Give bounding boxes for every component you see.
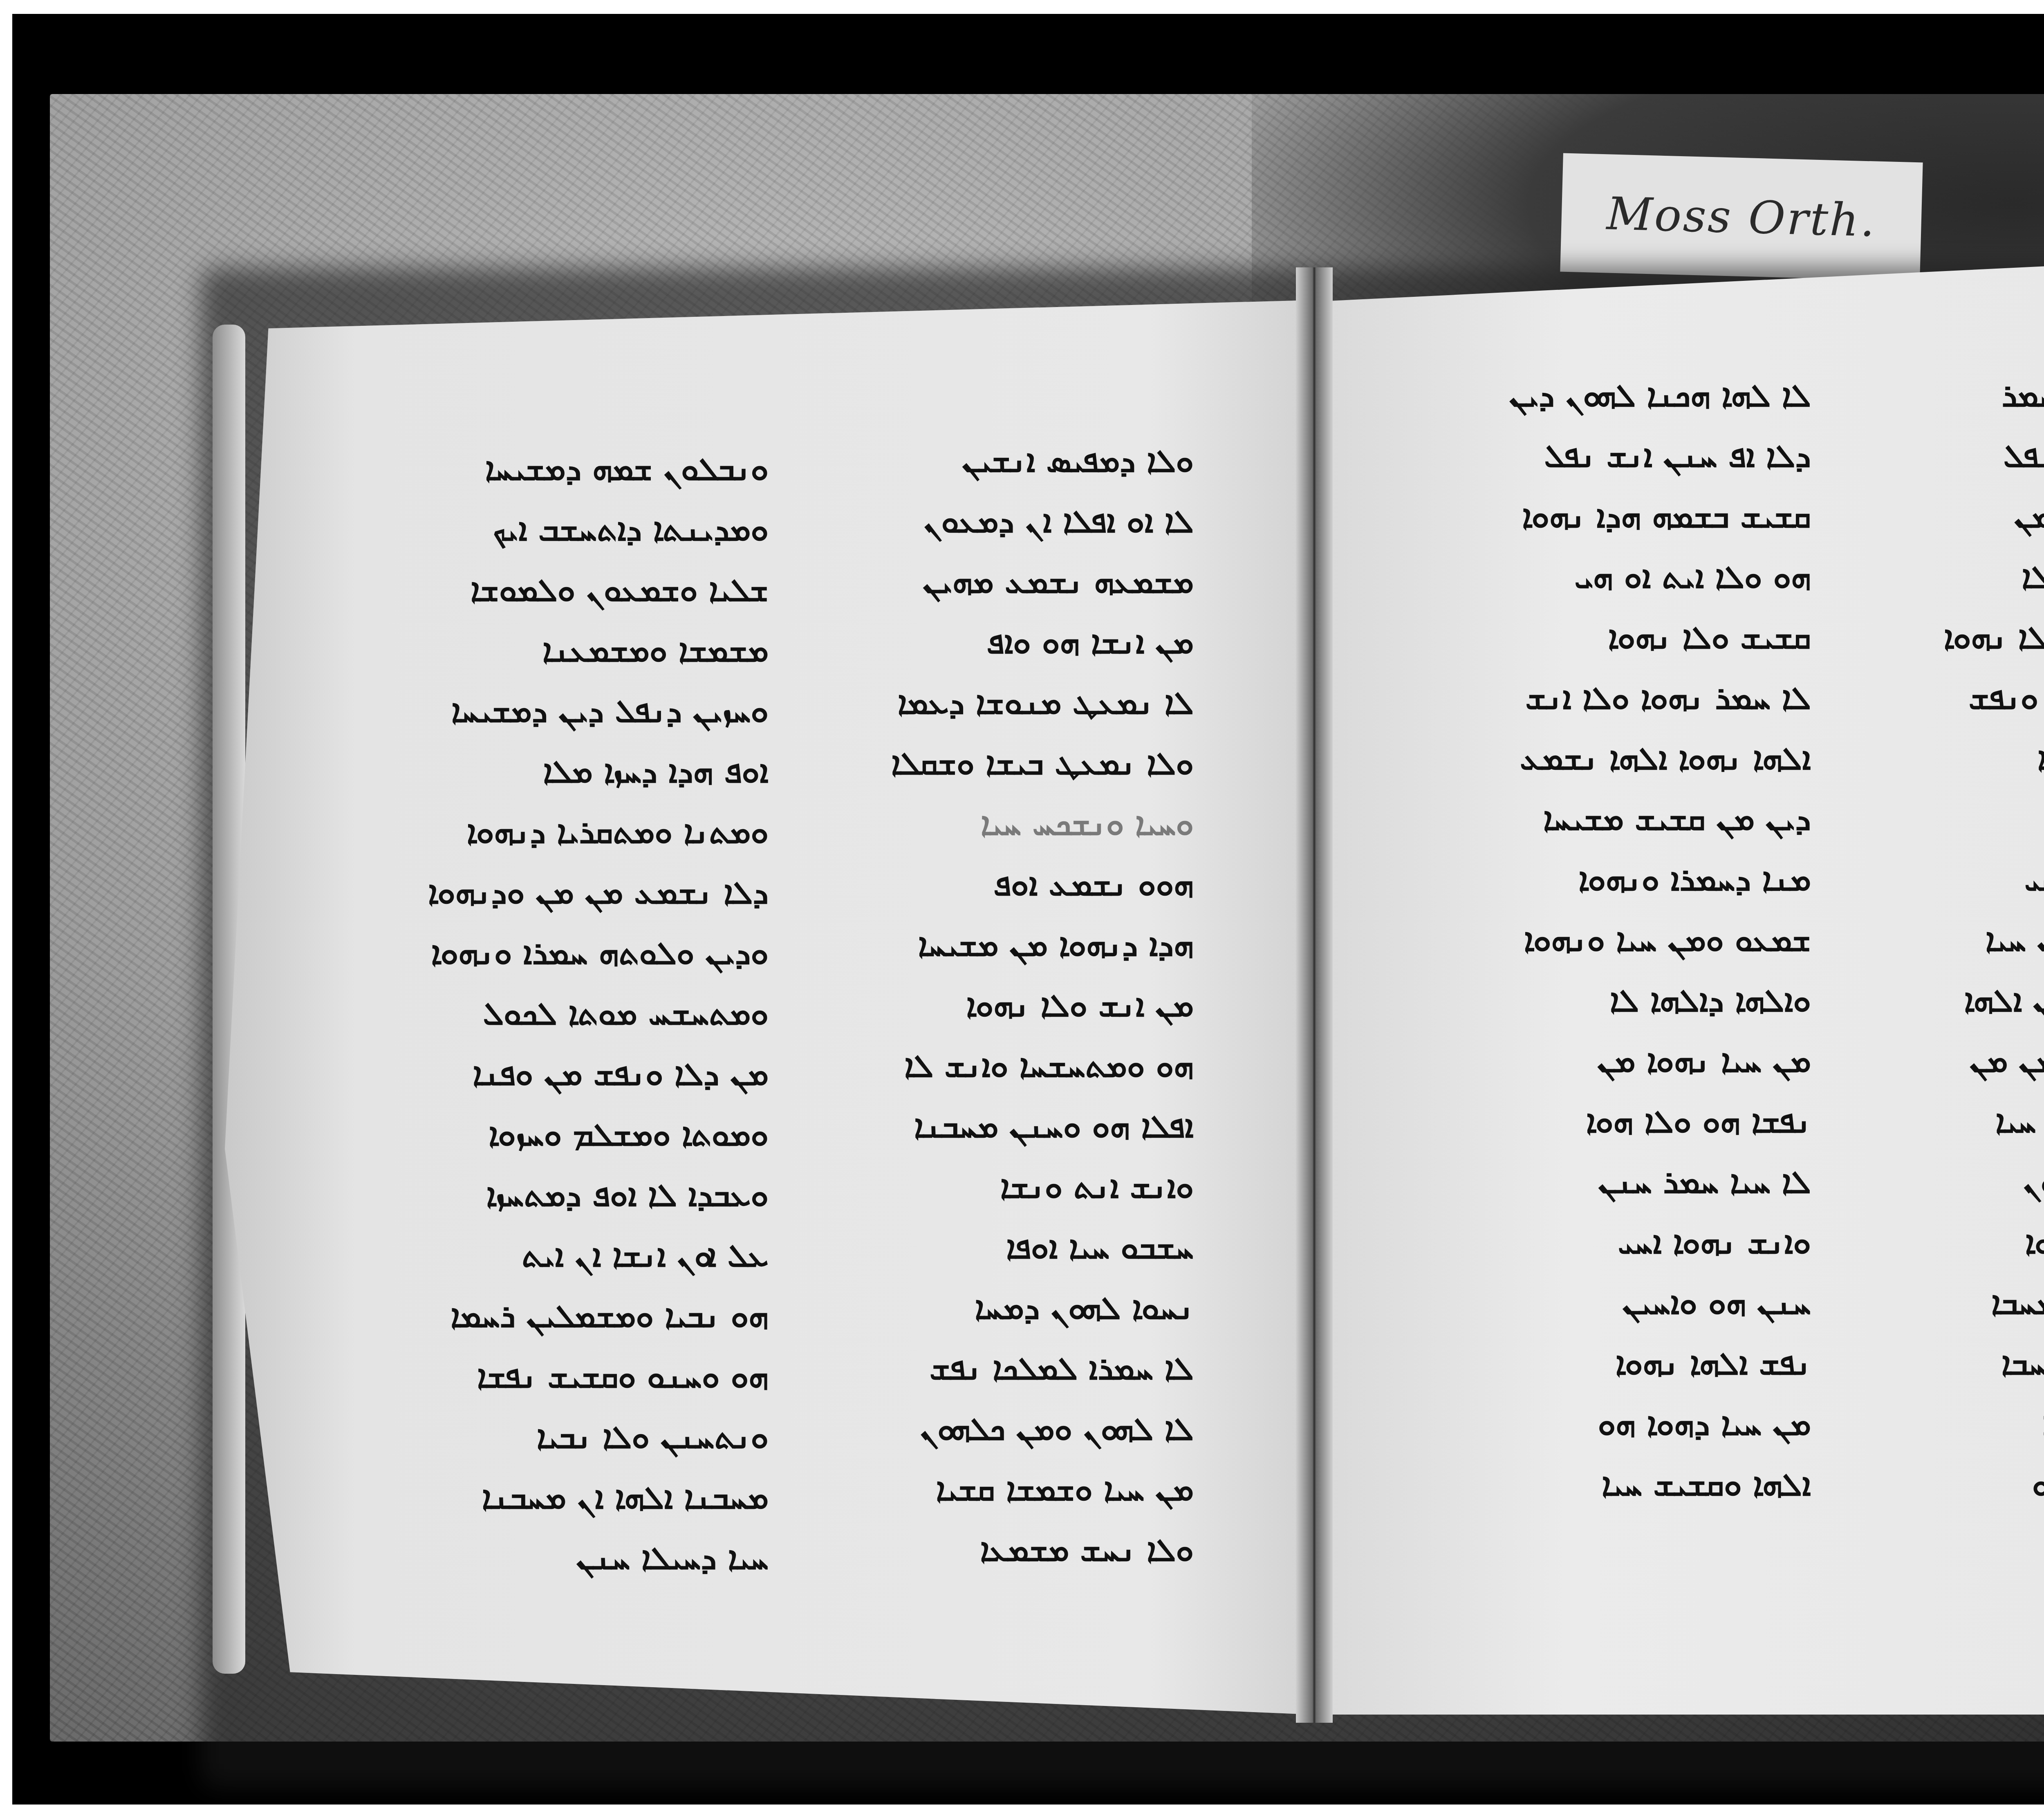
text-line: ܡܫܝܚܐ ܩܫܝܫ ܢܦܠ [2004, 438, 2044, 475]
text-line: ܠܐ ܠܗܐ ܗܟܢܐ ܠܗܘܢ ܕܝܢ [1509, 377, 1811, 415]
text-line: ܡܫܡܫܐ ܘܡܫܡܥܢܐ [542, 632, 769, 670]
text-line: ܡܚܒܢܐ ܐܢܫ ܡܢ ܚܝܐ [1986, 922, 2044, 959]
text-line: ܘܡܬܚܫܚ ܡܘܬܐ ܠܟܘܠ [483, 995, 769, 1033]
text-line: ܘܢܗܘܐ ܘܡܫܝܚܐ [2037, 740, 2044, 778]
text-line: ܘܡܘܬܐ ܘܡܫܠܡ ܘܚܙܘܐ [489, 1116, 769, 1154]
manuscript-book: ܘܢܒܠܘܢ ܫܡܗ ܕܡܫܝܚܐ ܘܡܕܝܢܬܐ ܕܐܬܚܫܒ ܐܝܟ ܫܠܝ… [225, 243, 2044, 1739]
text-line: ܘܢܒܠܘܢ ܫܡܗ ܕܡܫܝܚܐ [485, 451, 769, 488]
text-line: ܗܕܐ ܕܢܗܘܐ ܡܢ ܡܫܝܚܐ [918, 927, 1194, 964]
text-line: ܚܝܐ ܕܚܝܠܐ ܚܢܢ [576, 1540, 769, 1577]
text-line: ܡܢ ܚܝܐ ܢܗܘܐ ܡܢ [1598, 1043, 1811, 1080]
text-line: ܡܚܒܢܐ ܡܢ ܚܝܐ [2042, 1406, 2044, 1443]
text-line: ܗܘ ܢܒܝܐ ܘܡܫܡܠܝܢ ܪܚܡܐ [450, 1298, 769, 1335]
text-line: ܢܦܫ ܐܠܗܐ ܢܗܘܐ [1616, 1345, 1811, 1383]
text-line: ܗܘ ܘܡܬܚܫܚܐ ܘܐܢܫ ܠܐ [904, 1048, 1194, 1085]
text-line: ܗܘܘ ܢܫܡܥ ܐܘܦ [993, 866, 1194, 903]
text-line: ܐܢܫܐ ܡܚܒܢܐ ܡܚܒܐ [2001, 1345, 2044, 1383]
text-line: ܘܠܐ ܢܚܫ ܡܫܡܥܐ [980, 1532, 1194, 1569]
text-line: ܚܝܐ ܐܢܫ ܡܢ ܗܘ [2032, 1466, 2044, 1504]
text-line: ܢܦܫܐ ܗܘ ܘܠܐ ܗܘܐ [1586, 1103, 1811, 1141]
text-line: ܚܢܢ ܗܘ ܘܐܚܝܢ [1623, 1285, 1811, 1322]
text-line: ܢܚܘܐ ܠܗܘܢ ܕܡܚܐ [975, 1290, 1194, 1327]
text-line: ܡܫܡܥܗ ܢܫܡܥ ܡܗܝܢ [923, 564, 1194, 601]
text-line: ܩܫܝܫ ܘܠܐ ܢܗܘܐ [1608, 619, 1811, 657]
text-line: ܐܠܗܐ ܘܩܫܝܫ ܚܝܐ [1602, 1466, 1811, 1504]
text-line: ܠܐ ܠܗܘܢ ܘܡܢ ܟܠܗܘܢ [920, 1411, 1194, 1448]
text-line: ܫܡܥܘ ܘܡܢ ܚܝܐ ܘܢܗܘܐ [1524, 922, 1811, 959]
text-line: ܘܕܝܢ ܘܠܘܬܗ ܚܡܪܐ ܘܢܗܘܐ [431, 935, 769, 972]
text-line: ܘܠܐ ܢܡܥܛ ܒܝܫܐ ܘܫܩܠܐ [891, 745, 1194, 782]
text-line: ܘܡܕܝܢܬܐ ܕܐܬܚܫܒ ܐܝܟ [493, 511, 769, 549]
text-line: ܡܢܐ ܕܚܡܪܐ ܘܢܗܘܐ [1578, 861, 1811, 899]
text-line: ܕܝܢ ܡܢ ܩܫܝܫ ܡܫܝܚܐ [1543, 801, 1811, 838]
photo-frame: Purpose of Arrival in Period to be spent… [12, 14, 2044, 1805]
text-line: ܠܐ ܚܡܪܐ ܠܡܠܟܐ ܢܦܫ [930, 1350, 1194, 1388]
text-line: ܐܠܗܐ ܘܗܘ ܘܐܦܠܐ [2022, 559, 2044, 596]
text-line: ܕܠܐ ܐܦ ܚܢܢ ܐܢܫ ܢܦܠ [1544, 438, 1811, 475]
text-line: ܘܐܠܗܐ ܕܐܠܗܐ ܠܐ [1610, 982, 1811, 1020]
left-page-inner-column: ܘܠܐ ܕܡܦܝܣ ܐܢܫܝܢ ܠܐ ܐܘ ܐܦܠܐ ܐܢ ܕܡܥܘܢ ܡܫܡܥ… [826, 431, 1194, 1580]
text-line: ܕܠܐ ܢܫܡܥ ܡܢ ܡܢ ܘܕܢܗܘܐ [428, 874, 769, 912]
text-line: ܡܚܒܢܐ ܐܠܗܐ ܐܢ ܡܚܒܢܐ [482, 1480, 769, 1517]
text-line: ܘܚܙܝܢ ܕܢܦܠ ܕܝܢ ܕܡܫܝܚܐ [451, 693, 769, 730]
text-line: ܡܢܐ ܗܟܢܐ ܠܗܘܢ [2023, 1164, 2044, 1201]
text-line: ܚܫܒܘ ܚܝܐ ܐܘܦܐ [1006, 1229, 1194, 1267]
text-line: ܘܐܢܫ ܡܚܒܢܐ ܡܚܒܐ [1991, 1285, 2044, 1322]
text-line: ܘܡܬܢܐ ܘܡܬܩܪܝܐ ܕܢܗܘܐ [467, 814, 769, 851]
text-line: ܡܢ ܚܝܐ ܕܗܘܐ ܗܘ [1598, 1406, 1811, 1443]
text-line: ܘܐܢܫ ܢܗܘܐ ܐܚܝ [1618, 1224, 1811, 1262]
text-line: ܘܐܦ ܚܢܢ ܡܚܢܢ ܐܠܗܐ [1964, 982, 2044, 1020]
text-line: ܠܐ ܚܝܐ ܚܡܪ ܚܢܢ [1598, 1164, 1811, 1201]
text-line: ܐܠܗܐ ܢܗܘܐ ܐܠܗܐ ܢܫܡܥ [1520, 740, 1811, 778]
text-line: ܠܐ ܚܡܪ ܢܗܘܐ ܘܠܐ ܐܢܫ [1526, 680, 1811, 717]
text-line: ܥܠ ܐܘܢ ܐܢܫܐ ܐܢ ܐܝܬ [522, 1237, 769, 1275]
right-page-inner-column: ܠܐ ܠܗܐ ܗܟܢܐ ܠܗܘܢ ܕܝܢ ܕܠܐ ܐܦ ܚܢܢ ܐܢܫ ܢܦܠ … [1402, 365, 1811, 1515]
text-line: ܡܢ ܕܠܐ ܘܢܦܫ ܡܢ ܘܦܢܐ [473, 1056, 769, 1093]
text-line: ܡܢ ܐܢܫܐ ܗܘ ܘܐܦ [987, 624, 1194, 661]
book-gutter [1296, 267, 1333, 1723]
text-line: ܘܢܬܚܢܢ ܘܠܐ ܢܒܝܐ [537, 1419, 769, 1456]
text-line: ܩܫܝܫ ܒܫܡܗ ܗܕܐ ܢܗܘܐ [1522, 498, 1811, 536]
text-line: ܠܐ ܢܡܥܛ ܡܢܘܫܐ ܕܥܡܐ [898, 685, 1194, 722]
text-line: ܗܘ ܘܠܐ ܐܝܬ ܐܘ ܗܝ [1575, 559, 1811, 596]
text-line: ܫܠܝܐ ܘܫܡܥܘܢ ܘܠܡܘܫܐ [471, 572, 769, 609]
text-line: ܡܢ ܚܝܘ ܐܢܐ ܕܚܡܪ [2001, 377, 2044, 415]
text-line: ܐܦܠܐ ܗܘ ܘܚܢܢ ܡܚܒܢܐ [914, 1108, 1194, 1145]
text-line: ܘܠܐ ܕܡܦܝܣ ܐܢܫܝܢ [962, 443, 1194, 480]
text-line: ܡܢ ܚܝܐ ܘܫܡܫܐ ܩܫܝܐ [936, 1471, 1194, 1509]
left-page-outer-column: ܘܢܒܠܘܢ ܫܡܗ ܕܡܫܝܚܐ ܘܡܕܝܢܬܐ ܕܐܬܚܫܒ ܐܝܟ ܫܠܝ… [401, 439, 769, 1589]
text-line: ܡܚܢܢ ܐܢܫ ܡܢ ܚܝܐ [1995, 1103, 2044, 1141]
text-line: ܗܘ ܘܚܢܘ ܘܩܫܝܫ ܢܦܫܐ [477, 1358, 769, 1396]
right-page-outer-column: ܡܢ ܚܝܘ ܐܢܐ ܕܚܡܪ ܡܫܝܚܐ ܩܫܝܫ ܢܦܠ ܗܕܐ ܢܗܘܐ … [1836, 365, 2044, 1515]
label-card-text: Moss Orth. [1606, 187, 1877, 247]
text-line: ܡܢ ܐܢܫ ܘܠܐ ܢܗܘܐ [966, 987, 1194, 1024]
text-line: ܫܡܝܐ ܡܚܒܢܐ ܚܝ [2024, 861, 2044, 899]
text-line: ܐܦܠܐ ܐܘ ܐܠܗܐ ܡܢ ܡܢ [1970, 1043, 2044, 1080]
text-line: ܡܢ ܗܟܢܐ ܕܢܗܘܐ [2025, 1224, 2044, 1262]
text-line: ܚܢܢ ܡܢ ܗܘ ܘܠܐ ܢܗܘܐ [1944, 619, 2044, 657]
text-line: ܐܘܦ ܗܕܐ ܕܚܙܐ ܡܠܐ [543, 753, 769, 791]
text-line: ܐܠܗܐ ܡܫܡܠܝܢ ܘܢܦܫ [1969, 680, 2044, 717]
text-line: ܘܥܒܕܐ ܠܐ ܐܘܦ ܕܡܬܚܙܐ [486, 1177, 769, 1214]
text-line: ܠܐ ܐܘ ܐܦܠܐ ܐܢ ܕܡܥܘܢ [924, 503, 1194, 540]
text-line: ܗܕܐ ܢܗܘܐ ܐܝܟ ܡܢ [2014, 498, 2044, 536]
text-line: ܘܐܢܫ ܐܢܬ ܘܢܫܐ [1000, 1169, 1194, 1206]
rubric-line: ܘܚܝܐ ܘܢܫܟܚ ܚܝܐ [981, 806, 1194, 843]
